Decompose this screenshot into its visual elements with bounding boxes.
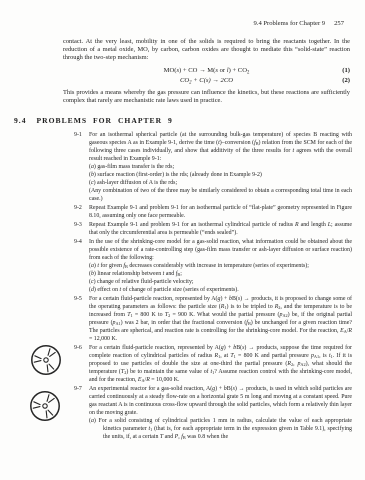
problem-9-5-number: 9-5	[74, 295, 82, 303]
problem-9-7-number: 9-7	[74, 385, 82, 393]
problem-9-6-text: For a certain fluid-particle reaction, r…	[89, 344, 352, 384]
problem-9-2-number: 9-2	[74, 204, 82, 212]
problem-9-2-text: Repeat Example 9-1 and problem 9-1 for a…	[89, 204, 352, 220]
equations-block: MO(s) + CO → M(s or l) + CO2 (1) CO2 + C…	[63, 66, 350, 86]
equation-1-number: (1)	[342, 66, 350, 76]
problem-9-4: 9-4 In the use of the shrinking-core mod…	[89, 238, 352, 294]
intro-section: contact. At the very least, mobility in …	[63, 38, 350, 105]
problem-9-4-item-b: (b) linear relationship between t and fB…	[89, 270, 352, 278]
problem-9-4-item-a: (a) t for given fB decreases considerabl…	[89, 262, 352, 270]
book-page: 9.4 Problems for Chapter 9257 contact. A…	[0, 0, 365, 480]
page-number: 257	[334, 20, 344, 27]
problem-9-2: 9-2 Repeat Example 9-1 and problem 9-1 f…	[89, 204, 352, 220]
problem-9-6: 9-6 For a certain fluid-particle reactio…	[89, 344, 352, 384]
problem-9-4-item-c: (c) change of relative fluid-particle ve…	[89, 278, 352, 286]
problem-9-1-note: (Any combination of two of the three may…	[89, 187, 352, 203]
problem-9-7: 9-7 An experimental reactor for a gas-so…	[89, 385, 352, 441]
problem-9-1-text: For an isothermal spherical particle (at…	[89, 131, 352, 163]
problem-9-4-item-d: (d) effect on t of change of particle si…	[89, 286, 352, 294]
problems-list: 9-1 For an isothermal spherical particle…	[89, 131, 352, 442]
section-number: 9.4	[14, 116, 27, 125]
problem-9-4-text: In the use of the shrinking-core model f…	[89, 238, 352, 262]
software-disc-icon	[30, 344, 62, 376]
problem-9-6-number: 9-6	[74, 344, 82, 352]
problem-9-1-item-b: (b) surface reaction (first-order) is th…	[89, 171, 352, 179]
running-head: 9.4 Problems for Chapter 9257	[0, 20, 344, 28]
intro-paragraph-2: This provides a means whereby the gas pr…	[63, 89, 350, 105]
problem-9-1-item-a: (a) gas-film mass transfer is the rds;	[89, 163, 352, 171]
problem-9-3-number: 9-3	[74, 221, 82, 229]
problem-9-1-item-c: (c) ash-layer diffusion of A is the rds;	[89, 179, 352, 187]
problem-9-3: 9-3 Repeat Example 9-1 and problem 9-1 f…	[89, 221, 352, 237]
problem-9-3-text: Repeat Example 9-1 and problem 9-1 for a…	[89, 221, 352, 237]
problem-9-7-item-a: (a) For a solid consisting of cylindrica…	[89, 417, 352, 441]
running-head-title: 9.4 Problems for Chapter 9	[254, 20, 326, 27]
section-heading: 9.4PROBLEMS FOR CHAPTER 9	[14, 116, 173, 125]
section-title: PROBLEMS FOR CHAPTER 9	[37, 116, 173, 125]
problem-9-1: 9-1 For an isothermal spherical particle…	[89, 131, 352, 203]
software-disc-icon	[29, 390, 61, 422]
problem-9-5-text: For a certain fluid-particle reaction, r…	[89, 295, 352, 343]
problem-9-1-number: 9-1	[74, 131, 82, 139]
problem-9-7-text: An experimental reactor for a gas-solid …	[89, 385, 352, 417]
equation-2-expression: CO2 + C(s) → 2CO	[180, 77, 233, 84]
equation-1-expression: MO(s) + CO → M(s or l) + CO2	[164, 67, 250, 74]
intro-paragraph-1: contact. At the very least, mobility in …	[63, 38, 350, 62]
problem-9-4-number: 9-4	[74, 238, 82, 246]
equation-2: CO2 + C(s) → 2CO (2)	[63, 76, 350, 86]
problem-9-5: 9-5 For a certain fluid-particle reactio…	[89, 295, 352, 343]
equation-1: MO(s) + CO → M(s or l) + CO2 (1)	[63, 66, 350, 76]
equation-2-number: (2)	[342, 76, 350, 86]
